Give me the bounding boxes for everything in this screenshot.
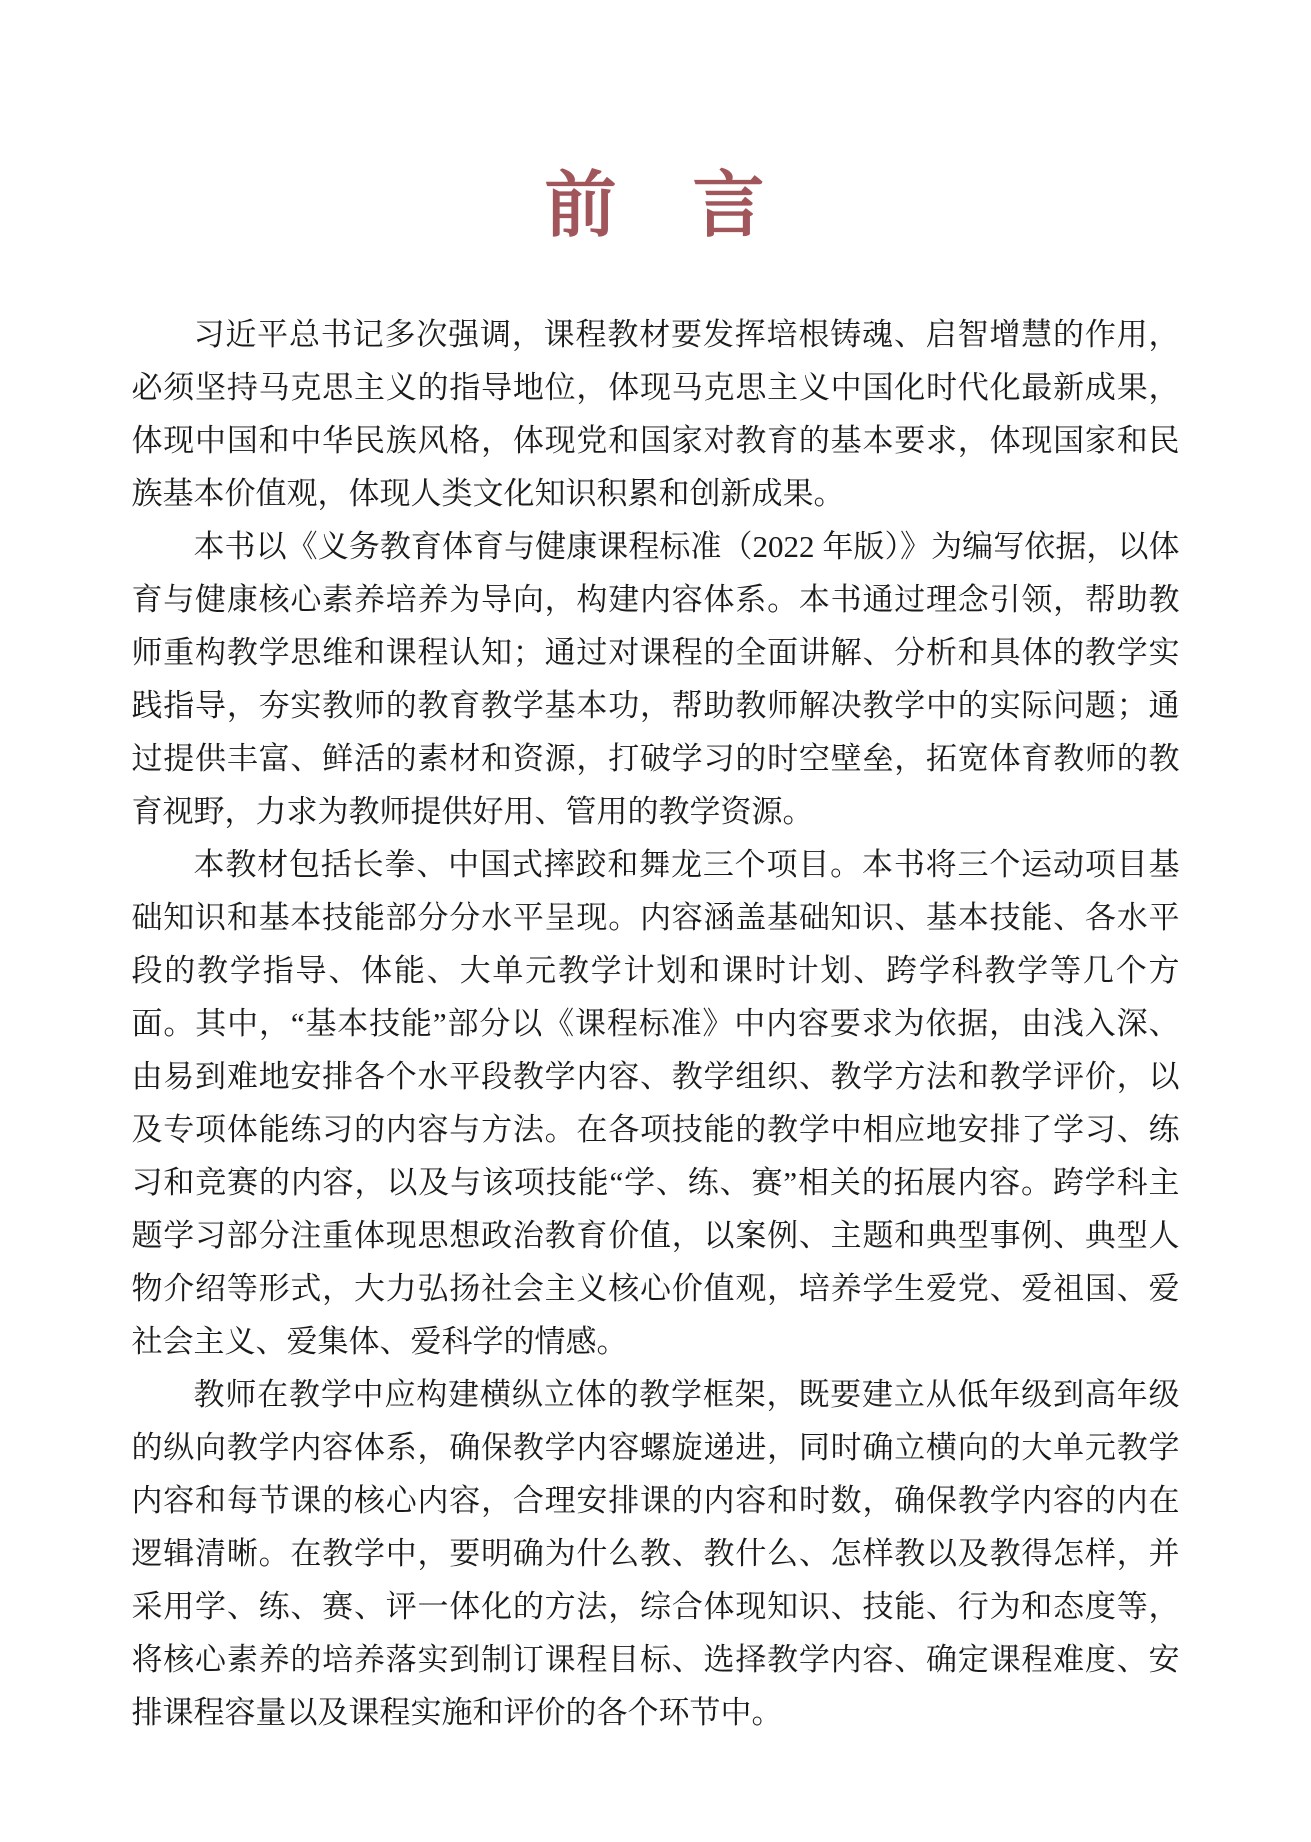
paragraph-3: 本教材包括长拳、中国式摔跤和舞龙三个项目。本书将三个运动项目基础知识和基本技能部…: [132, 838, 1180, 1368]
paragraph-1: 习近平总书记多次强调，课程教材要发挥培根铸魂、启智增慧的作用，必须坚持马克思主义…: [132, 308, 1180, 520]
paragraph-4: 教师在教学中应构建横纵立体的教学框架，既要建立从低年级到高年级的纵向教学内容体系…: [132, 1368, 1180, 1739]
page-title: 前 言: [0, 170, 1311, 242]
preface-page: 前 言 习近平总书记多次强调，课程教材要发挥培根铸魂、启智增慧的作用，必须坚持马…: [0, 0, 1311, 1842]
preface-body: 习近平总书记多次强调，课程教材要发挥培根铸魂、启智增慧的作用，必须坚持马克思主义…: [132, 308, 1180, 1739]
paragraph-2: 本书以《义务教育体育与健康课程标准（2022 年版）》为编写依据，以体育与健康核…: [132, 520, 1180, 838]
